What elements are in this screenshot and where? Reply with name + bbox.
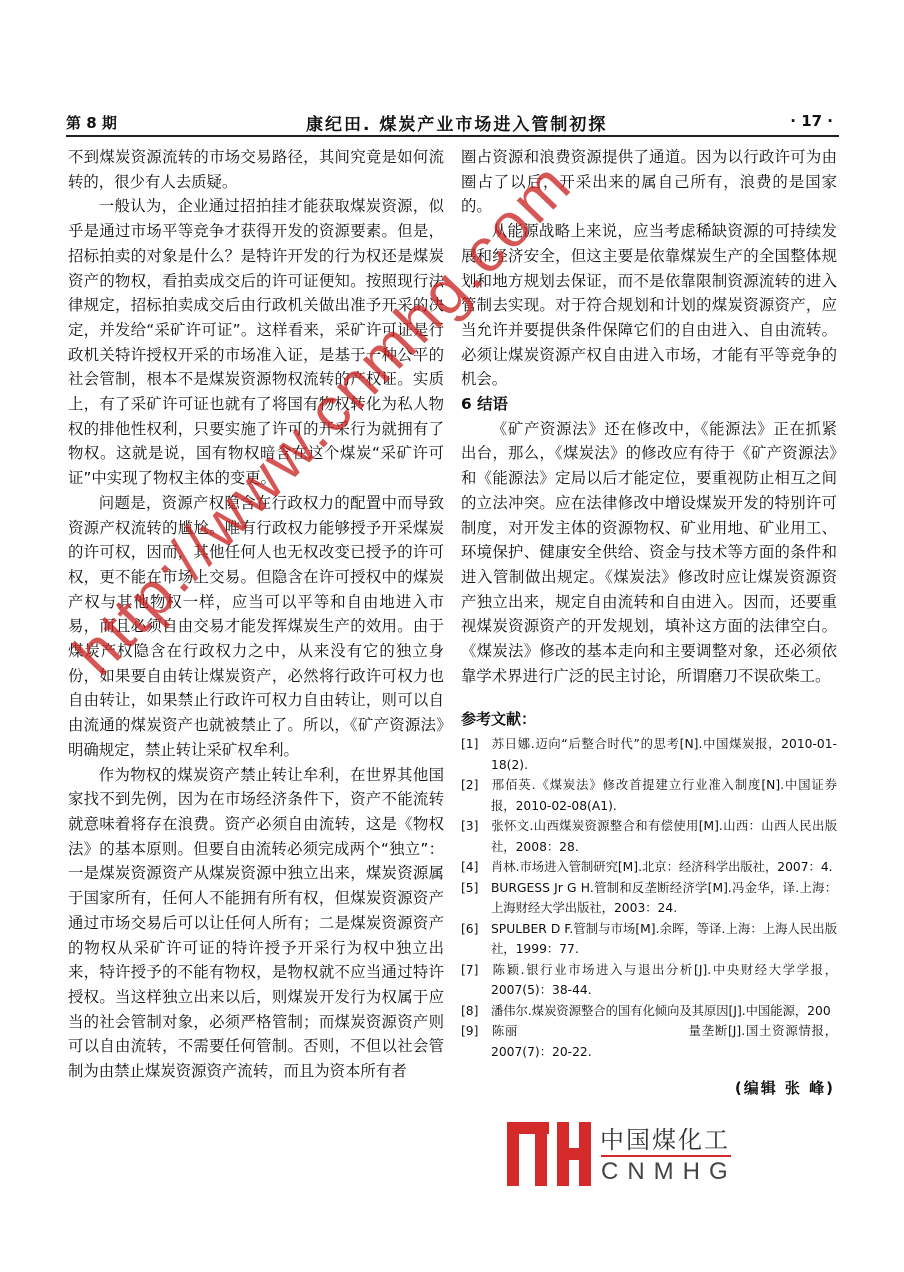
reference-item: [8]潘伟尔.煤炭资源整合的国有化倾向及其原因[J].中国能源，200 <box>461 1001 837 1022</box>
reference-text: 苏日娜.迈向“后整合时代”的思考[N].中国煤炭报，2010-01-18(2). <box>491 737 837 772</box>
reference-number: [8] <box>461 1001 491 1022</box>
paragraph: 《矿产资源法》还在修改中，《能源法》正在抓紧出台，那么，《煤炭法》的修改应有待于… <box>461 417 837 689</box>
reference-item: [5]BURGESS Jr G H.管制和反垄断经济学[M].冯金华，译.上海：… <box>461 878 837 919</box>
reference-item: [9]陈丽 量垄断[J].国土资源情报，2007(7)：20-22. <box>461 1021 837 1062</box>
paragraph: 圈占资源和浪费资源提供了通道。因为以行政许可为由圈占了以后，开采出来的属自己所有… <box>461 145 837 219</box>
reference-number: [5] <box>461 878 491 899</box>
paragraph: 一般认为，企业通过招拍挂才能获取煤炭资源，似乎是通过市场平等竞争才获得开发的资源… <box>68 194 444 490</box>
reference-number: [4] <box>461 857 491 878</box>
publisher-logo: 中国煤化工 CNMHG <box>505 1118 735 1198</box>
reference-number: [2] <box>461 775 491 796</box>
reference-text: SPULBER D F.管制与市场[M].余晖，等译.上海：上海人民出版社，19… <box>491 922 837 957</box>
reference-text: 潘伟尔.煤炭资源整合的国有化倾向及其原因[J].中国能源，200 <box>491 1004 831 1018</box>
reference-item: [6]SPULBER D F.管制与市场[M].余晖，等译.上海：上海人民出版社… <box>461 919 837 960</box>
header-rule <box>66 135 839 137</box>
running-title: 康纪田. 煤炭产业市场进入管制初探 <box>306 110 607 135</box>
references-title: 参考文献： <box>461 707 837 732</box>
reference-item: [1]苏日娜.迈向“后整合时代”的思考[N].中国煤炭报，2010-01-18(… <box>461 734 837 775</box>
reference-number: [9] <box>461 1021 491 1042</box>
running-header: 第 8 期 康纪田. 煤炭产业市场进入管制初探 · 17 · <box>66 108 839 134</box>
reference-number: [7] <box>461 960 491 981</box>
editor-credit: (编辑 张 峰) <box>461 1076 837 1101</box>
reference-text: 陈颖.银行业市场进入与退出分析[J].中央财经大学学报，2007(5)：38-4… <box>491 963 837 998</box>
reference-item: [4]肖林.市场进入管制研究[M].北京：经济科学出版社，2007：4. <box>461 857 837 878</box>
paragraph: 从能源战略上来说，应当考虑稀缺资源的可持续发展和经济安全，但这主要是依靠煤炭生产… <box>461 219 837 392</box>
paragraph: 问题是，资源产权隐含在行政权力的配置中而导致资源产权流转的尴尬。唯有行政权力能够… <box>68 491 444 763</box>
logo-divider <box>601 1155 731 1157</box>
issue-number: 第 8 期 <box>66 112 117 133</box>
logo-name-en: CNMHG <box>601 1158 737 1186</box>
reference-text: 张怀文.山西煤炭资源整合和有偿使用[M].山西：山西人民出版社，2008：28. <box>491 819 837 854</box>
reference-number: [1] <box>461 734 491 755</box>
logo-name-cn: 中国煤化工 <box>600 1120 734 1155</box>
reference-text: 邢佰英.《煤炭法》修改首提建立行业准入制度[N].中国证券报，2010-02-0… <box>491 778 837 813</box>
reference-number: [3] <box>461 816 491 837</box>
reference-text: BURGESS Jr G H.管制和反垄断经济学[M].冯金华，译.上海：上海财… <box>491 881 837 916</box>
reference-item: [7]陈颖.银行业市场进入与退出分析[J].中央财经大学学报，2007(5)：3… <box>461 960 837 1001</box>
reference-text: 陈丽 量垄断[J].国土资源情报，2007(7)：20-22. <box>491 1024 837 1059</box>
paragraph: 不到煤炭资源流转的市场交易路径，其间究竟是如何流转的，很少有人去质疑。 <box>68 145 444 194</box>
right-column: 圈占资源和浪费资源提供了通道。因为以行政许可为由圈占了以后，开采出来的属自己所有… <box>461 145 837 1101</box>
mh-logo-icon <box>505 1118 593 1188</box>
section-heading: 6 结语 <box>461 392 837 417</box>
reference-list: [1]苏日娜.迈向“后整合时代”的思考[N].中国煤炭报，2010-01-18(… <box>461 734 837 1062</box>
left-column: 不到煤炭资源流转的市场交易路径，其间究竟是如何流转的，很少有人去质疑。 一般认为… <box>68 145 444 1084</box>
paragraph: 作为物权的煤炭资产禁止转让牟利，在世界其他国家找不到先例，因为在市场经济条件下，… <box>68 763 444 1084</box>
reference-item: [2]邢佰英.《煤炭法》修改首提建立行业准入制度[N].中国证券报，2010-0… <box>461 775 837 816</box>
reference-text: 肖林.市场进入管制研究[M].北京：经济科学出版社，2007：4. <box>491 860 833 874</box>
page-number: · 17 · <box>790 112 833 130</box>
reference-item: [3]张怀文.山西煤炭资源整合和有偿使用[M].山西：山西人民出版社，2008：… <box>461 816 837 857</box>
reference-number: [6] <box>461 919 491 940</box>
